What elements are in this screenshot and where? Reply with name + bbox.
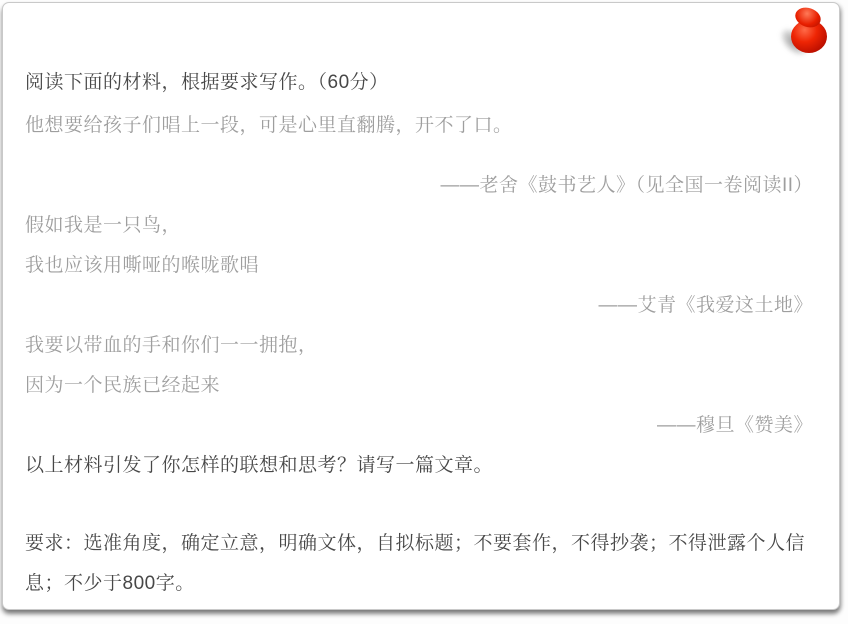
material-laoshe-line: 他想要给孩子们唱上一段，可是心里直翻腾，开不了口。 bbox=[25, 106, 813, 146]
requirements-text: 要求：选准角度，确定立意，明确文体，自拟标题；不要套作，不得抄袭；不得泄露个人信… bbox=[25, 524, 813, 604]
material-mudan-line-1: 我要以带血的手和你们一一拥抱， bbox=[25, 326, 813, 366]
attribution-mudan: ——穆旦《赞美》 bbox=[25, 406, 813, 446]
attribution-laoshe: ——老舍《鼓书艺人》（见全国一卷阅读II） bbox=[25, 166, 813, 206]
task-statement: 以上材料引发了你怎样的联想和思考？请写一篇文章。 bbox=[25, 446, 813, 486]
material-mudan-line-2: 因为一个民族已经起来 bbox=[25, 366, 813, 406]
material-aiqing-line-2: 我也应该用嘶哑的喉咙歌唱 bbox=[25, 246, 813, 286]
exam-prompt-card: 阅读下面的材料，根据要求写作。（60分） 他想要给孩子们唱上一段，可是心里直翻腾… bbox=[2, 2, 840, 610]
prompt-instruction: 阅读下面的材料，根据要求写作。（60分） bbox=[25, 63, 813, 103]
prompt-content: 阅读下面的材料，根据要求写作。（60分） 他想要给孩子们唱上一段，可是心里直翻腾… bbox=[3, 3, 839, 604]
material-aiqing-line-1: 假如我是一只鸟， bbox=[25, 206, 813, 246]
attribution-aiqing: ——艾青《我爱这土地》 bbox=[25, 286, 813, 326]
